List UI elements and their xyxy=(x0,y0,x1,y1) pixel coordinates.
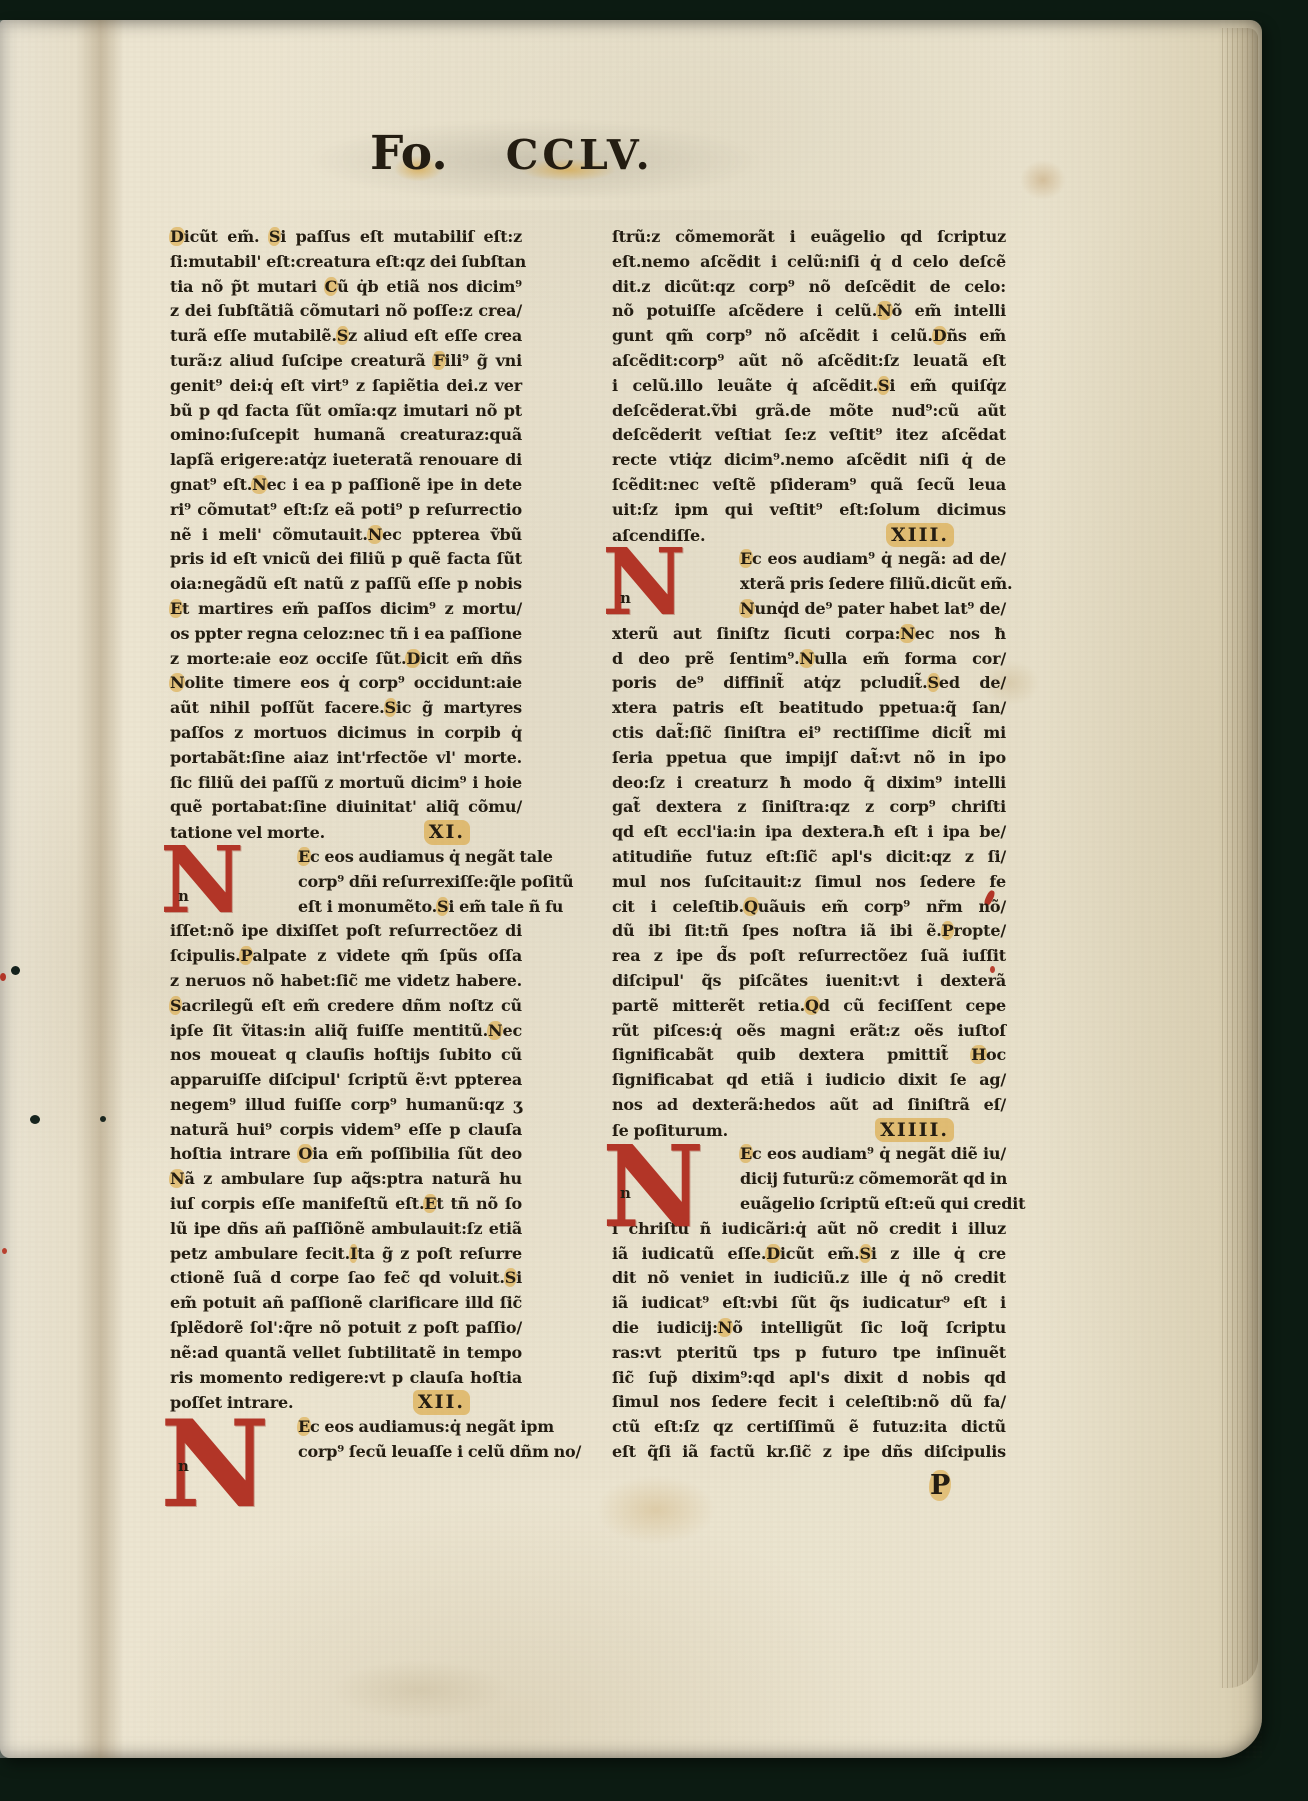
text-line: ſtrũ:z cõmemorãt i euãgelio qd ſcriptuz xyxy=(612,225,1006,250)
text-line: omino:ſuſcepit humanã creaturaz:quã xyxy=(170,423,522,448)
text-line: ſcipulis.Palpate z videte qm̃ ſpũs oſſa xyxy=(170,944,522,969)
text-line: bũ p qd facta ſũt omĩa:qz imutari nõ pt xyxy=(170,399,522,424)
text-line: iã iudicat⁹ eſt:vbi ſũt q̃s iudicatur⁹ e… xyxy=(612,1291,1006,1316)
text-line: Sacrilegũ eſt em̃ credere dñm noſtz cũ xyxy=(170,994,522,1019)
column-right: ſtrũ:z cõmemorãt i euãgelio qd ſcriptuze… xyxy=(612,225,1006,1465)
text-line: pris id eſt vnicũ dei filiũ p quẽ facta … xyxy=(170,547,522,572)
text-line: dũ ibi ſit:tñ ſpes noſtra iã ibi ẽ.Propt… xyxy=(612,919,1006,944)
text-line: Et martires em̃ paſſos dicim⁹ z mortu/ xyxy=(170,597,522,622)
guide-letter: n xyxy=(178,887,189,905)
rubricated-initial: N xyxy=(160,841,244,919)
text-line: ſeria ppetua que impijſ dat̃:vt nõ in ip… xyxy=(612,746,1006,771)
text-line: z dei ſubſtãtiã cõmutari nõ poſſe:z crea… xyxy=(170,299,522,324)
chapter-numeral: XI. xyxy=(424,820,470,845)
text-line: ſignificabãt quib dextera pmittit̃ Hoc xyxy=(612,1043,1006,1068)
text-line: recte vtiq̇z dicim⁹.nemo aſcẽdit niſi q̇… xyxy=(612,448,1006,473)
signature-letter: P xyxy=(929,1470,951,1501)
text-line: gat̃ dextera z ſiniſtra:qz z corp⁹ chriſ… xyxy=(612,795,1006,820)
text-line: partẽ mitterẽt retia.Qd cũ feciſſent cep… xyxy=(612,994,1006,1019)
text-line: ſplẽdorẽ ſol':q̃re nõ potuit z poſt paſſ… xyxy=(170,1316,522,1341)
text-line: os ppter regna celoz:nec tñ i ea paſſion… xyxy=(170,622,522,647)
text-line: lapſã erigere:atq̇z iueteratã renouare d… xyxy=(170,448,522,473)
guide-letter: n xyxy=(620,589,631,607)
text-line: quẽ portabat:ſine diuinitat' aliq̃ cõmu/ xyxy=(170,795,522,820)
red-ink-speck xyxy=(2,1248,7,1254)
guide-letter: n xyxy=(178,1457,189,1475)
text-line: paſſos z mortuos dicimus in corpib q̇ xyxy=(170,721,522,746)
text-line: ſcẽdit:nec veſtẽ pſideram⁹ quã ſecũ leua xyxy=(612,473,1006,498)
running-header: Fo. CCLV. xyxy=(370,124,654,186)
text-line: ctionẽ ſuã d corpe ſao fec̃ qd voluit.Si xyxy=(170,1266,522,1291)
ink-speck xyxy=(100,1116,106,1122)
text-line: gunt qm̃ corp⁹ nõ aſcẽdit i celũ.Dñs em̃ xyxy=(612,324,1006,349)
folio-number: CCLV. xyxy=(506,124,654,186)
text-line: diſcipul' q̃s piſcãtes iuenit:vt i dexte… xyxy=(612,969,1006,994)
text-line: rea z ipe d̃s poſt reſurrectõez ſuã iuſſ… xyxy=(612,944,1006,969)
text-line: apparuiſſe diſcipul' ſcriptũ ẽ:vt pptere… xyxy=(170,1068,522,1093)
rubricated-initial: N xyxy=(602,543,686,621)
text-line: ctũ eſt:ſz qz certiſſimũ ẽ futuz:ita dic… xyxy=(612,1415,1006,1440)
text-line: em̃ potuit añ paſſionẽ clarificare illd … xyxy=(170,1291,522,1316)
page-edge-stack xyxy=(1218,28,1258,1688)
text-line: uit:ſz ipm qui veſtit⁹ eſt:ſolum dicimus xyxy=(612,498,1006,523)
text-line: ſi:mutabil' eſt:creatura eſt:qz dei ſubſ… xyxy=(170,250,522,275)
text-line: lũ ipe dñs añ paſſiõnẽ ambulauit:ſz etiã xyxy=(170,1217,522,1242)
red-ink-speck xyxy=(0,973,6,981)
text-line: negem⁹ illud fuiſſe corp⁹ humanũ:qz ʒ xyxy=(170,1093,522,1118)
text-line: Nã z ambulare ſup aq̃s:ptra naturã hu xyxy=(170,1167,522,1192)
text-line: nẽ:ad quantã vellet ſubtilitatẽ in tempo xyxy=(170,1341,522,1366)
chapter-opening: NnEc eos audiam⁹ q̇ negãt diẽ iu/dicij f… xyxy=(612,1142,1006,1216)
text-line: die iudicij:Nõ intelligũt ſic loq̃ ſcrip… xyxy=(612,1316,1006,1341)
text-line: oia:negãdũ eſt natũ z paſſũ eſſe p nobis xyxy=(170,572,522,597)
text-line: Nolite timere eos q̇ corp⁹ occidunt:aie xyxy=(170,671,522,696)
text-line: ris momento redigere:vt p clauſa hoſtia xyxy=(170,1366,522,1391)
gutter-fold-highlight xyxy=(0,20,74,1758)
text-line: dit nõ veniet in iudiciũ.z ille q̇ nõ cr… xyxy=(612,1266,1006,1291)
book-scan: Fo. CCLV. Dicũt em̃. Si paſſus eſt mutab… xyxy=(0,0,1308,1801)
text-line: nos ad dexterã:hedos aũt ad ſiniſtrã eſ/ xyxy=(612,1093,1006,1118)
text-line: atitudiñe futuz eſt:ſic̃ apl's dicit:qz … xyxy=(612,845,1006,870)
text-line: eſt q̃ſi iã factũ kr.ſic̃ z ipe dñs diſc… xyxy=(612,1440,1006,1465)
guide-letter: n xyxy=(620,1184,631,1202)
stain xyxy=(1020,160,1066,200)
chapter-numeral: XIII. xyxy=(886,523,954,548)
text-line: ſignificabat qd etiã i iudicio dixit ſe … xyxy=(612,1068,1006,1093)
text-line: cit i celeſtib.Quãuis em̃ corp⁹ nr̃m nõ/ xyxy=(612,895,1006,920)
text-line: nõ potuiſſe aſcẽdere i celũ.Nõ em̃ intel… xyxy=(612,299,1006,324)
text-line: poris de⁹ diffinit̃ atq̇z pcludit̃.Sed d… xyxy=(612,671,1006,696)
stain xyxy=(330,1660,510,1720)
text-line: iuſ corpis eſſe manifeſtũ eſt.Et tñ nõ ſ… xyxy=(170,1192,522,1217)
text-line: mul nos ſuſcitauit:z ſimul nos ſedere fe xyxy=(612,870,1006,895)
text-line: nos moueat q clauſis hoſtijs ſubito cũ xyxy=(170,1043,522,1068)
chapter-numeral: XII. xyxy=(413,1390,470,1415)
text-line: deſcẽderit veſtiat ſe:z veſtit⁹ itez aſc… xyxy=(612,423,1006,448)
text-line: ſic̃ ſup̃ dixim⁹:qd apl's dixit d nobis … xyxy=(612,1366,1006,1391)
text-line: deſcẽderat.ṽbi grã.de mõte nud⁹:cũ aũt xyxy=(612,399,1006,424)
text-line: aſcẽdit:corp⁹ aũt nõ aſcẽdit:ſz leuatã e… xyxy=(612,349,1006,374)
stain xyxy=(596,1475,716,1545)
ink-speck xyxy=(30,1115,40,1124)
text-line: tia nõ p̃t mutari Cũ q̇b etiã nos dicim⁹ xyxy=(170,275,522,300)
text-line: z morte:aie eoz occiſe ſũt.Dicit em̃ dñs xyxy=(170,647,522,672)
text-line: portabãt:ſine aiaz int'rfectõe vl' morte… xyxy=(170,746,522,771)
text-line: aũt nihil poſſũt facere.Sic g̃ martyres xyxy=(170,696,522,721)
chapter-numeral: XIIII. xyxy=(875,1118,954,1143)
text-line: turã eſſe mutabilẽ.Sz aliud eſt eſſe cre… xyxy=(170,324,522,349)
text-line: petz ambulare fecit.Ita g̃ z poſt reſurr… xyxy=(170,1242,522,1267)
column-left: Dicũt em̃. Si paſſus eſt mutabiliſ eſt:z… xyxy=(170,225,522,1465)
page-leaf: Fo. CCLV. Dicũt em̃. Si paſſus eſt mutab… xyxy=(0,20,1262,1758)
chapter-opening: NnEc eos audiamus q̇ negãt talecorp⁹ dñi… xyxy=(170,845,522,919)
signature-mark: P xyxy=(930,1470,950,1501)
ink-speck xyxy=(11,966,20,975)
rubricated-initial: N xyxy=(160,1413,270,1517)
text-line: z neruos nõ habet:ſic̃ me videtz habere. xyxy=(170,969,522,994)
text-line: ras:vt pteritũ tps p futuro tpe inſinuẽt xyxy=(612,1341,1006,1366)
text-line: deo:ſz i creaturz ħ modo q̃ dixim⁹ intel… xyxy=(612,771,1006,796)
text-line: ctis dat̃:ſic̃ ſiniſtra ei⁹ rectiſſime d… xyxy=(612,721,1006,746)
text-line: hoſtia intrare Oia em̃ poſſibilia ſũt de… xyxy=(170,1142,522,1167)
text-line: rũt piſces:q̇ oẽs magni erãt:z oẽs iuſto… xyxy=(612,1019,1006,1044)
text-line: dit.z dicũt:qz corp⁹ nõ deſcẽdit de celo… xyxy=(612,275,1006,300)
text-line: genit⁹ dei:q̇ eſt virt⁹ z ſapiẽtia dei.z… xyxy=(170,374,522,399)
folio-label: Fo. xyxy=(370,124,448,186)
text-line: nẽ i meli' cõmutauit.Nec ppterea ṽbũ xyxy=(170,523,522,548)
text-line: ri⁹ cõmutat⁹ eſt:ſz eã poti⁹ p reſurrect… xyxy=(170,498,522,523)
text-line: xtera patris eſt beatitudo ppetua:q̃ ſan… xyxy=(612,696,1006,721)
text-line: gnat⁹ eſt.Nec i ea p paſſionẽ ipe in det… xyxy=(170,473,522,498)
chapter-opening: NnEc eos audiam⁹ q̇ negã: ad de/xterã pr… xyxy=(612,547,1006,621)
text-line: qd eſt eccl'ia:in ipa dextera.ħ eſt i ip… xyxy=(612,820,1006,845)
text-line: naturã hui⁹ corpis videm⁹ eſſe p clauſa xyxy=(170,1118,522,1143)
text-line: eſt.nemo aſcẽdit i celũ:niſi q̇ d celo d… xyxy=(612,250,1006,275)
rubricated-initial: N xyxy=(602,1140,704,1236)
text-line: d deo prẽ ſentim⁹.Nulla em̃ forma cor/ xyxy=(612,647,1006,672)
text-line: ſic filiũ dei paſſũ z mortuũ dicim⁹ i ho… xyxy=(170,771,522,796)
chapter-opening: NnEc eos audiamus:q̇ negãt ipmcorp⁹ ſecũ… xyxy=(170,1415,522,1465)
text-line: Dicũt em̃. Si paſſus eſt mutabiliſ eſt:z xyxy=(170,225,522,250)
text-line: i celũ.illo leuãte q̇ aſcẽdit.Si em̃ qui… xyxy=(612,374,1006,399)
text-line: ipſe ſit ṽitas:in aliq̃ fuiſſe mentitũ.N… xyxy=(170,1019,522,1044)
gutter-crease xyxy=(76,20,124,1758)
text-line: ſimul nos ſedere fecit i celeſtib:nõ dũ … xyxy=(612,1390,1006,1415)
text-line: turã:z aliud ſuſcipe creaturã Fili⁹ g̃ v… xyxy=(170,349,522,374)
